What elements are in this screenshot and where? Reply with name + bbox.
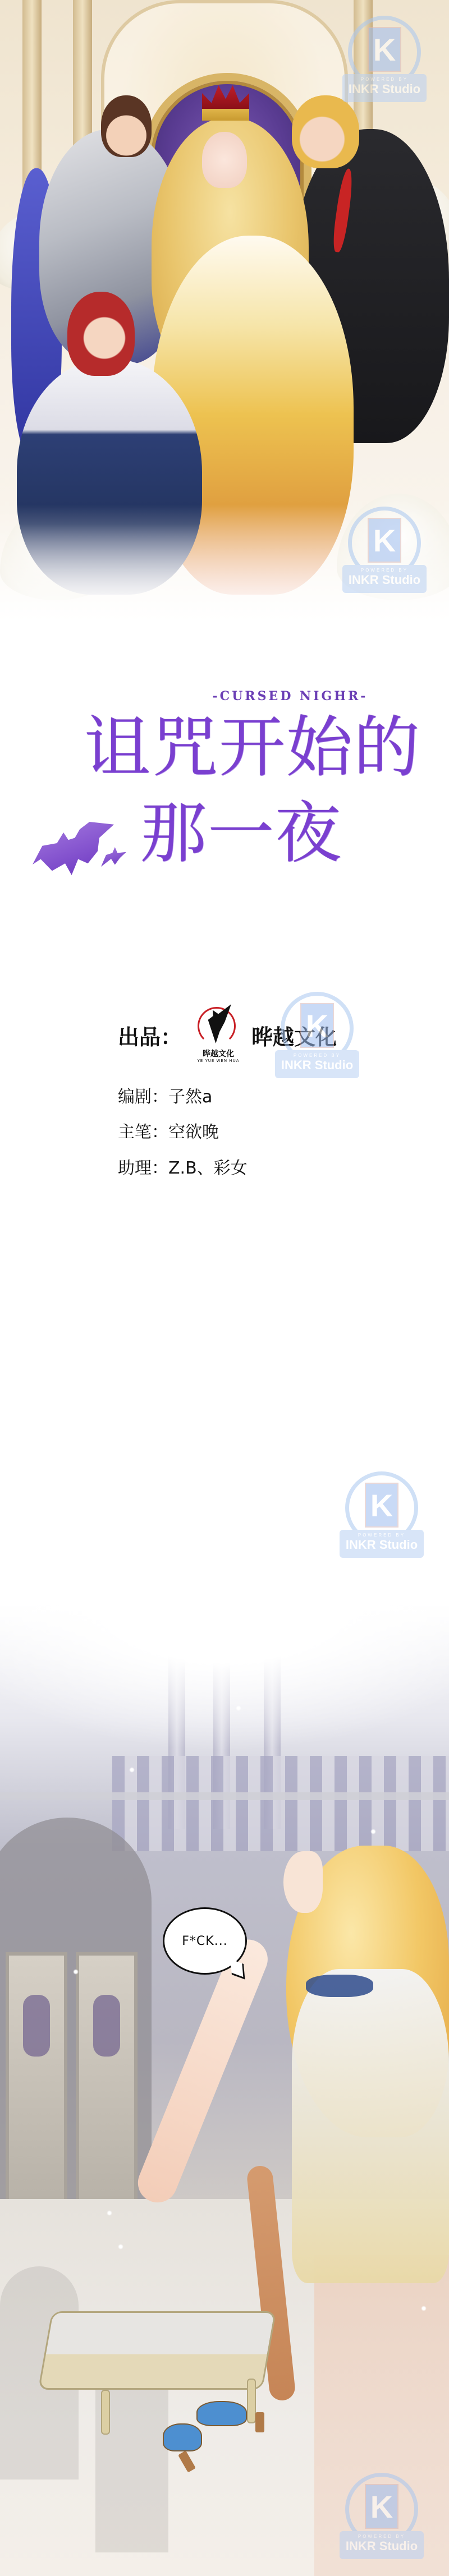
sparkle [118,2244,123,2250]
webtoon-page: K POWERED BY INKR Studio K POWERED BY IN… [0,0,449,2576]
credit-name: Z.B、彩女 [168,1158,248,1178]
credit-role: 编剧： [118,1087,168,1107]
ornate-door [76,1952,138,2205]
credit-writer: 编剧：子然a [118,1083,212,1107]
balcony-railing [112,1756,449,1851]
watermark-brand-label: INKR Studio [275,1058,359,1073]
inkr-watermark: K POWERED BY INKR Studio [340,1467,424,1562]
small-bat-icon [101,847,126,867]
character-face [283,1851,323,1913]
watermark-k-icon: K [365,1483,398,1528]
blue-mule-shoe [196,2401,247,2426]
watermark-k-icon: K [300,1003,334,1048]
inkr-watermark: K POWERED BY INKR Studio [342,11,427,107]
watermark-brand-label: INKR Studio [342,82,427,96]
watermark-powered-label: POWERED BY [340,1533,424,1538]
sparkle [236,1705,241,1711]
ornate-door [6,1952,67,2205]
title-line-2: 那一夜 [140,794,342,872]
shoe-heel [255,2412,264,2432]
credit-role: 助理： [118,1158,168,1178]
watermark-k-icon: K [368,27,401,72]
title-english-subtitle: -CURSED NIGHR- [198,689,383,703]
character-nightgown [292,1969,449,2283]
watermark-badge: POWERED BY INKR Studio [342,565,427,593]
series-title-logo: -CURSED NIGHR- 诅咒开始的 那一夜 [0,684,449,898]
sparkle [129,1767,135,1773]
title-line-1: 诅咒开始的 [84,708,421,786]
blue-mule-shoe [163,2423,202,2451]
bat-icon [33,822,114,875]
red-haired-man-head [67,292,135,376]
sparkle [370,1829,376,1834]
knight-head [101,95,152,157]
character-sash [306,1975,373,1997]
credit-name: 子然a [168,1087,212,1107]
balcony-rail [0,1792,449,1800]
inkr-watermark: K POWERED BY INKR Studio [340,2468,424,2564]
publisher-logo-romanized: YE YUE WEN HUA [193,1059,244,1063]
inkr-watermark: K POWERED BY INKR Studio [275,987,359,1083]
credit-assistants: 助理：Z.B、彩女 [118,1154,248,1179]
watermark-powered-label: POWERED BY [342,77,427,82]
speech-bubble: F*CK... [163,1907,247,1975]
watermark-brand-label: INKR Studio [340,1538,424,1552]
bench-leg [247,2379,256,2423]
credits-block: 出品： 晔越文化 YE YUE WEN HUA 晔越文化 K POWERED B… [0,965,449,1200]
panel-fade [0,1604,449,1750]
credit-name: 空欲晚 [168,1123,219,1142]
watermark-k-icon: K [365,2484,398,2529]
inkr-watermark: K POWERED BY INKR Studio [342,502,427,597]
credit-lead-artist: 主笔：空欲晚 [118,1118,219,1143]
speech-text: F*CK... [182,1934,227,1948]
watermark-badge: POWERED BY INKR Studio [340,1530,424,1558]
ornate-bench [38,2311,277,2390]
watermark-brand-label: INKR Studio [342,573,427,587]
sparkle [421,2306,427,2311]
credit-role: 主笔： [118,1123,168,1142]
bench-leg [101,2390,110,2435]
watermark-badge: POWERED BY INKR Studio [342,74,427,102]
sparkle [73,1969,79,1975]
watermark-brand-label: INKR Studio [340,2539,424,2554]
publisher-logo-text: 晔越文化 [193,1048,244,1059]
character-raised-leg [132,1934,273,2209]
queen-face [202,132,247,188]
publisher-logo: 晔越文化 YE YUE WEN HUA [193,1004,244,1066]
watermark-powered-label: POWERED BY [340,2534,424,2539]
watermark-powered-label: POWERED BY [342,568,427,573]
cover-illustration: K POWERED BY INKR Studio K POWERED BY IN… [0,0,449,634]
sparkle [107,2210,112,2216]
producer-label: 出品： [118,1020,182,1051]
story-panel: K POWERED BY INKR Studio [0,1604,449,2576]
watermark-k-icon: K [368,518,401,563]
watermark-badge: POWERED BY INKR Studio [340,2531,424,2559]
watermark-powered-label: POWERED BY [275,1053,359,1058]
watermark-badge: POWERED BY INKR Studio [275,1050,359,1078]
